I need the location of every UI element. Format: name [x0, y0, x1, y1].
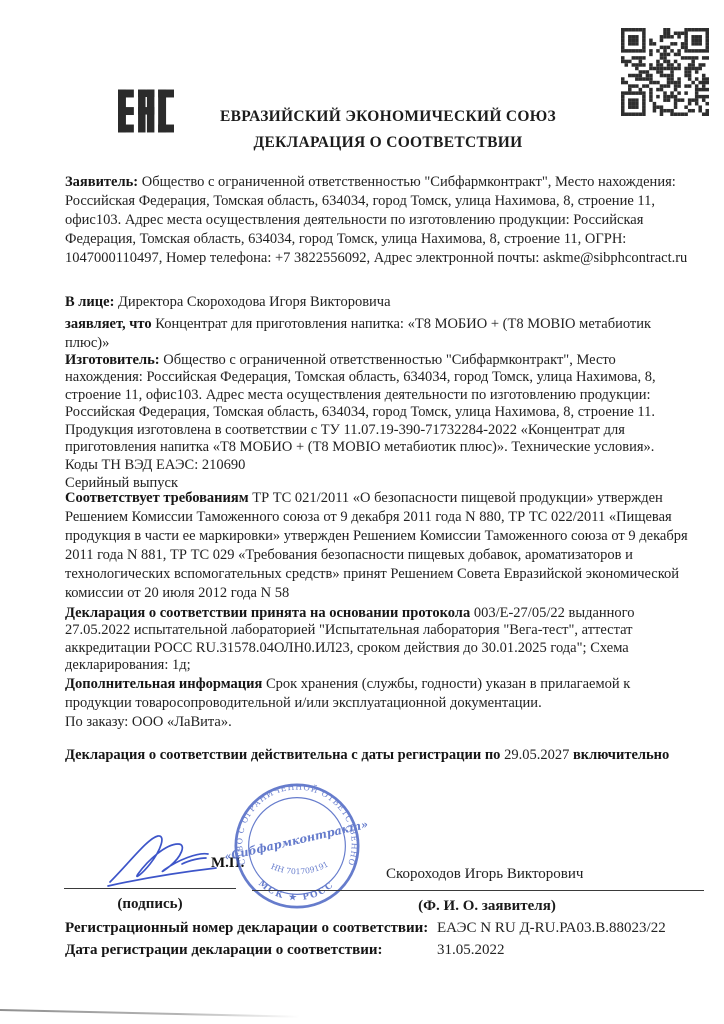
applicant-fio: Скороходов Игорь Викторович — [386, 866, 583, 883]
basis-paragraph: Декларация о соответствии принята на осн… — [65, 605, 692, 675]
scan-artifact-line — [0, 1009, 300, 1017]
registration-number-value: ЕАЭС N RU Д-RU.РА03.В.88023/22 — [437, 920, 666, 937]
in-person-label: В лице: — [65, 294, 114, 310]
registration-number-label: Регистрационный номер декларации о соотв… — [65, 920, 435, 937]
declaration-title: ДЕКЛАРАЦИЯ О СООТВЕТСТВИИ — [52, 130, 724, 156]
registration-date-label: Дата регистрации декларации о соответств… — [65, 942, 435, 959]
order-note: По заказу: ООО «ЛаВита». — [65, 713, 692, 732]
validity-date: 29.05.2027 — [504, 747, 569, 763]
registration-date-value: 31.05.2022 — [437, 942, 505, 959]
validity-paragraph: Декларация о соответствии действительна … — [65, 746, 692, 765]
name-line — [252, 890, 704, 891]
requirements-text: ТР ТС 021/2011 «О безопасности пищевой п… — [65, 490, 688, 601]
additional-info-label: Дополнительная информация — [65, 676, 262, 692]
basis-label: Декларация о соответствии принята на осн… — [65, 605, 470, 621]
manufacturer-label: Изготовитель: — [65, 352, 160, 368]
document-header: ЕВРАЗИЙСКИЙ ЭКОНОМИЧЕСКИЙ СОЮЗ ДЕКЛАРАЦИ… — [52, 104, 724, 156]
validity-label: Декларация о соответствии действительна … — [65, 747, 504, 763]
applicant-paragraph: Заявитель: Общество с ограниченной ответ… — [65, 173, 692, 268]
union-title: ЕВРАЗИЙСКИЙ ЭКОНОМИЧЕСКИЙ СОЮЗ — [52, 104, 724, 130]
requirements-paragraph: Соответствует требованиям ТР ТС 021/2011… — [65, 489, 692, 603]
fio-caption: (Ф. И. О. заявителя) — [392, 898, 582, 915]
tn-ved-code: Коды ТН ВЭД ЕАЭС: 210690 — [65, 457, 692, 475]
declares-text: Концентрат для приготовления напитка: «Т… — [65, 316, 651, 351]
declares-paragraph: заявляет, что Концентрат для приготовлен… — [65, 315, 692, 353]
qr-code-icon — [621, 28, 709, 116]
in-person-text: Директора Скороходова Игоря Викторовича — [114, 294, 390, 310]
company-stamp: ОБЩЕСТВО С ОГРАНИЧЕННОЙ ОТВЕТСТВЕННОСТЬЮ… — [224, 772, 370, 920]
declares-label: заявляет, что — [65, 316, 152, 332]
signature-caption: (подпись) — [84, 896, 216, 913]
in-person-paragraph: В лице: Директора Скороходова Игоря Викт… — [65, 293, 692, 312]
applicant-text: Общество с ограниченной ответственностью… — [65, 174, 687, 266]
validity-suffix: включительно — [569, 747, 669, 763]
signature-line — [64, 888, 236, 889]
requirements-label: Соответствует требованиям — [65, 490, 249, 506]
applicant-label: Заявитель: — [65, 174, 138, 190]
additional-info-paragraph: Дополнительная информация Срок хранения … — [65, 675, 692, 732]
manufacturer-paragraph: Изготовитель: Общество с ограниченной от… — [65, 352, 692, 493]
